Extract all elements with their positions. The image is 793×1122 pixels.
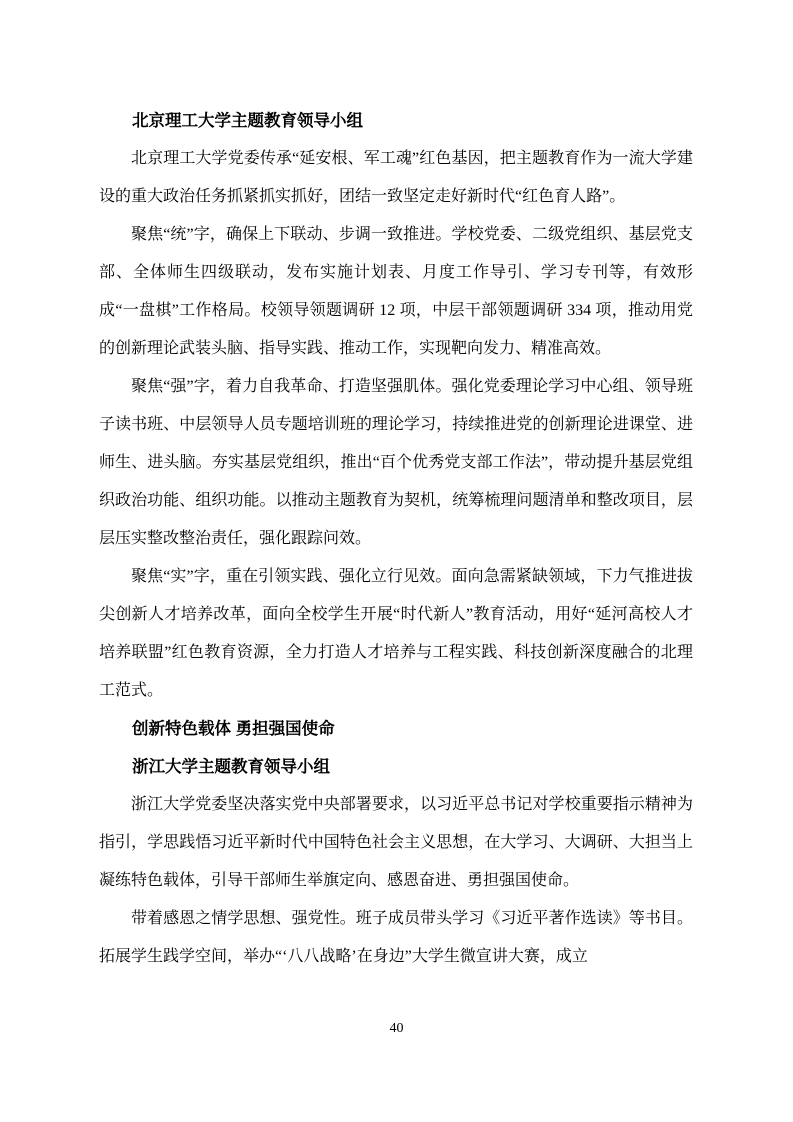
heading-innovation-mission: 创新特色载体 勇担强国使命 — [99, 710, 693, 748]
paragraph-focus-shi: 聚焦“实”字，重在引领实践、强化立行见效。面向急需紧缺领域，下力气推进拔尖创新人… — [99, 558, 693, 710]
paragraph-zju-gratitude: 带着感恩之情学思想、强党性。班子成员带头学习《习近平著作选读》等书目。拓展学生践… — [99, 900, 693, 976]
document-page: 北京理工大学主题教育领导小组 北京理工大学党委传承“延安根、军工魂”红色基因，把… — [0, 0, 793, 1122]
heading-bit-leadership-group: 北京理工大学主题教育领导小组 — [99, 102, 693, 140]
paragraph-focus-tong: 聚焦“统”字，确保上下联动、步调一致推进。学校党委、二级党组织、基层党支部、全体… — [99, 216, 693, 368]
paragraph-zju-intro: 浙江大学党委坚决落实党中央部署要求，以习近平总书记对学校重要指示精神为指引，学思… — [99, 786, 693, 900]
paragraph-bit-intro: 北京理工大学党委传承“延安根、军工魂”红色基因，把主题教育作为一流大学建设的重大… — [99, 140, 693, 216]
document-body: 北京理工大学主题教育领导小组 北京理工大学党委传承“延安根、军工魂”红色基因，把… — [99, 102, 693, 976]
paragraph-focus-qiang: 聚焦“强”字，着力自我革命、打造坚强肌体。强化党委理论学习中心组、领导班子读书班… — [99, 368, 693, 558]
heading-zju-leadership-group: 浙江大学主题教育领导小组 — [99, 748, 693, 786]
page-number: 40 — [0, 1019, 793, 1039]
